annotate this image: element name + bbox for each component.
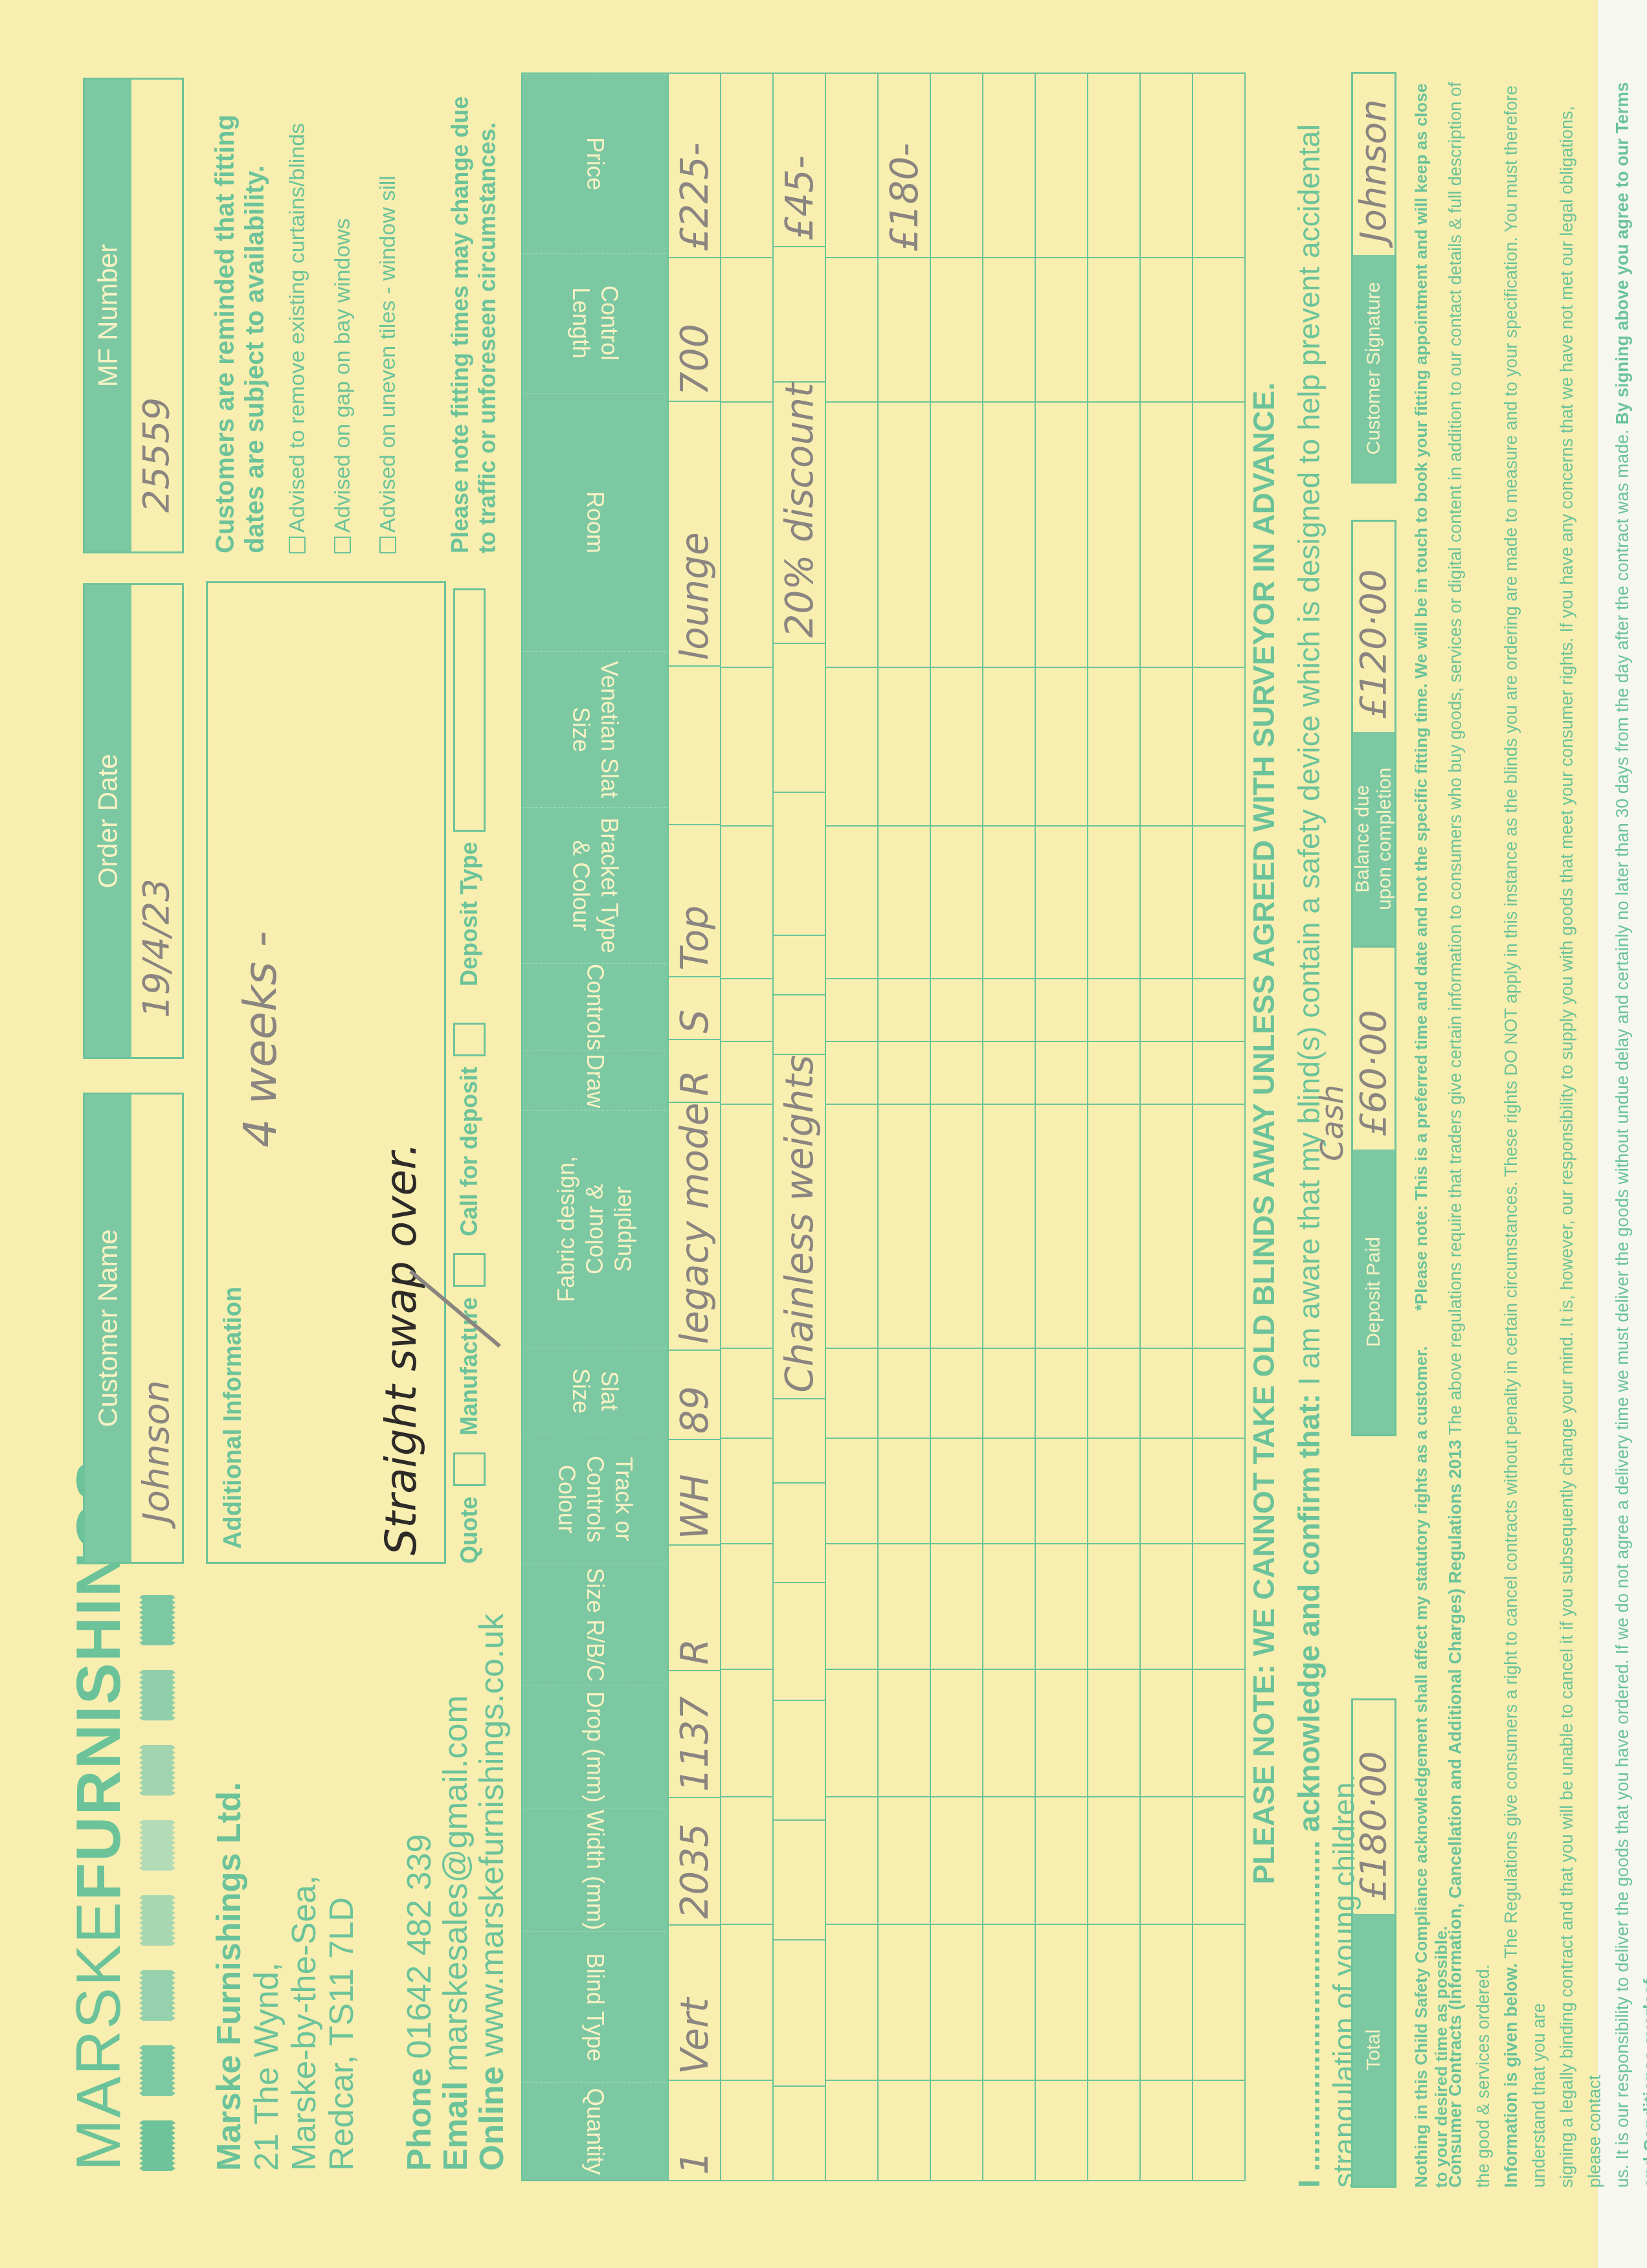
cell-size[interactable] — [721, 1543, 772, 1669]
cell-fabric[interactable] — [721, 1104, 772, 1348]
col-blind-type: Blind Type — [522, 1931, 667, 2083]
cell-venetian-slat[interactable] — [1141, 667, 1192, 825]
cell-price[interactable]: £225- — [669, 72, 720, 257]
cell-width[interactable] — [721, 1796, 772, 1924]
cell-size[interactable] — [1141, 1543, 1192, 1669]
cell-bracket[interactable] — [774, 792, 825, 935]
order-date-value[interactable]: 19/4/23 — [131, 585, 182, 1057]
cell-venetian-slat[interactable] — [774, 643, 825, 792]
cell-price[interactable] — [1036, 72, 1087, 257]
cell-size[interactable]: R — [669, 1544, 720, 1670]
cell-slat-size[interactable] — [1141, 1348, 1192, 1438]
advised-2-label: Advised on gap on bay windows — [330, 218, 355, 533]
cell-blind-type[interactable] — [879, 1924, 930, 2080]
cell-price[interactable] — [826, 72, 877, 257]
cell-width[interactable] — [1193, 1796, 1244, 1924]
cell-controls[interactable] — [983, 978, 1035, 1041]
cell-quantity[interactable] — [983, 2080, 1035, 2181]
swatch-icon — [139, 1895, 175, 1946]
cell-price[interactable] — [1193, 72, 1244, 257]
child-safety-note: Nothing in this Child Safety Compliance … — [1411, 1346, 1431, 2188]
cell-control-length[interactable] — [774, 246, 825, 381]
old-blinds-notice: PLEASE NOTE: WE CANNOT TAKE OLD BLINDS A… — [1246, 79, 1281, 2188]
cell-slat-size[interactable] — [983, 1348, 1035, 1438]
legal-line-2: The Regulations give consumers a right t… — [1501, 85, 1549, 2188]
swatch-icon — [139, 2120, 175, 2171]
col-room: Room — [522, 393, 667, 651]
cell-size[interactable] — [879, 1543, 930, 1669]
cell-controls[interactable] — [721, 978, 772, 1041]
cell-blind-type[interactable] — [931, 1924, 982, 2080]
cell-room[interactable]: lounge — [669, 401, 720, 665]
cell-price[interactable]: £45- — [774, 72, 825, 246]
cell-controls[interactable] — [879, 978, 930, 1041]
table-row — [983, 72, 1036, 2181]
online-row: Online www.marskefurnishings.co.uk — [474, 1614, 510, 2171]
advised-2-checkbox[interactable] — [334, 537, 351, 553]
cell-blind-type[interactable]: Vert — [669, 1924, 720, 2080]
balance-due-field[interactable]: Balance due upon completion £120·00 — [1351, 520, 1396, 948]
cell-width[interactable] — [879, 1796, 930, 1924]
phone-label: Phone — [401, 2068, 438, 2171]
balance-due-value[interactable]: £120·00 — [1353, 522, 1395, 732]
deposit-paid-value[interactable]: £60·00 — [1353, 942, 1395, 1150]
customer-name-label: Customer Name — [85, 1095, 131, 1562]
advised-item-3: Advised on uneven tiles - window sill — [375, 175, 401, 553]
col-width: Width (mm) — [522, 1808, 667, 1931]
legal-text: Consumer Contracts (Information, Cancell… — [1442, 71, 1647, 2188]
cell-control-length[interactable] — [931, 257, 982, 401]
cell-controls[interactable] — [1088, 978, 1139, 1041]
advised-1-label: Advised to remove existing curtains/blin… — [285, 123, 309, 533]
advised-1-checkbox[interactable] — [289, 537, 306, 553]
col-drop: Drop (mm) — [522, 1685, 667, 1808]
cell-fabric[interactable] — [931, 1104, 982, 1348]
cell-drop[interactable] — [721, 1669, 772, 1796]
cell-control-length[interactable] — [1141, 257, 1192, 401]
cell-bracket[interactable] — [983, 825, 1035, 978]
cell-drop[interactable] — [879, 1669, 930, 1796]
col-slat-size: Slat Size — [522, 1348, 667, 1434]
cell-drop[interactable] — [931, 1669, 982, 1796]
cell-price[interactable] — [721, 72, 772, 257]
legal-line-4: us. It is our responsibility to deliver … — [1613, 429, 1632, 2188]
cell-blind-type[interactable] — [774, 1939, 825, 2085]
quote-label: Quote — [456, 1496, 483, 1564]
ack-prefix: I ......................................… — [1292, 1394, 1326, 2188]
company-address: Marske Furnishings Ltd. 21 The Wynd, Mar… — [210, 1782, 361, 2171]
additional-info-note-2[interactable]: Straight swap over. — [376, 1142, 426, 1555]
cell-slat-size[interactable] — [826, 1348, 877, 1438]
cell-venetian-slat[interactable] — [931, 667, 982, 825]
cell-draw[interactable] — [1141, 1041, 1192, 1104]
company-contact: Phone 01642 482 339 Email marskesales@gm… — [401, 1614, 510, 2171]
cell-draw[interactable] — [931, 1041, 982, 1104]
cell-venetian-slat[interactable] — [721, 667, 772, 825]
table-row: £180- — [879, 72, 931, 2181]
mf-number-field[interactable]: MF Number 25559 — [83, 78, 184, 553]
cell-controls[interactable] — [1141, 978, 1192, 1041]
fabric-swatches — [139, 1595, 175, 2171]
cell-room[interactable] — [826, 401, 877, 667]
cell-drop[interactable] — [1036, 1669, 1087, 1796]
cell-controls[interactable] — [1193, 978, 1244, 1041]
quote-checkbox[interactable] — [453, 1452, 486, 1486]
additional-info-note-1[interactable]: 4 weeks - — [234, 931, 287, 1148]
cell-draw[interactable] — [826, 1041, 877, 1104]
cell-blind-type[interactable] — [826, 1924, 877, 2080]
fitting-reminder: Customers are reminded that fitting date… — [210, 87, 270, 553]
call-for-deposit-checkbox[interactable] — [453, 1023, 486, 1056]
cell-controls[interactable]: S — [669, 976, 720, 1039]
cell-room[interactable]: 20% discount — [774, 381, 825, 643]
col-draw: Draw — [522, 1051, 667, 1111]
table-row — [1193, 72, 1246, 2181]
table-row — [721, 72, 774, 2181]
swatch-icon — [139, 2045, 175, 2096]
cell-track-colour[interactable] — [774, 1482, 825, 1582]
cell-draw[interactable] — [983, 1041, 1035, 1104]
table-row — [931, 72, 983, 2181]
cell-slat-size[interactable] — [931, 1348, 982, 1438]
cell-width[interactable] — [983, 1796, 1035, 1924]
cell-bracket[interactable] — [721, 825, 772, 978]
phone-row: Phone 01642 482 339 — [401, 1614, 438, 2171]
email-link[interactable]: marskesales@gmail.com — [437, 1695, 475, 2072]
logo-light-text: MARSKE — [64, 1901, 133, 2171]
cell-blind-type[interactable] — [1088, 1924, 1139, 2080]
email-row: Email marskesales@gmail.com — [438, 1614, 474, 2171]
cell-quantity[interactable] — [931, 2080, 982, 2181]
cell-controls[interactable] — [774, 935, 825, 995]
cell-control-length[interactable] — [1193, 257, 1244, 401]
cell-fabric[interactable]: Chainless weights — [774, 1054, 825, 1398]
cell-track-colour[interactable] — [879, 1438, 930, 1544]
cell-slat-size[interactable]: 89 — [669, 1350, 720, 1439]
cell-venetian-slat[interactable] — [1036, 667, 1087, 825]
additional-info-box[interactable]: Additional Information 4 weeks - Straigh… — [206, 581, 446, 1564]
swatch-icon — [139, 1745, 175, 1795]
cell-draw[interactable]: R — [669, 1039, 720, 1102]
total-value[interactable]: £180·00 — [1353, 1700, 1395, 1914]
cell-slat-size[interactable] — [1193, 1348, 1244, 1438]
cell-room[interactable] — [983, 401, 1035, 667]
website-link[interactable]: www.marskefurnishings.co.uk — [473, 1614, 511, 2057]
cell-quantity[interactable] — [1036, 2080, 1087, 2181]
order-table: Quantity Blind Type Width (mm) Drop (mm)… — [521, 72, 1246, 2181]
cell-bracket[interactable] — [1088, 825, 1139, 978]
cell-blind-type[interactable] — [983, 1924, 1035, 2080]
cell-size[interactable] — [931, 1543, 982, 1669]
cell-fabric[interactable] — [1193, 1104, 1244, 1348]
cell-track-colour[interactable]: WH — [669, 1439, 720, 1544]
cell-width[interactable] — [774, 1819, 825, 1939]
cell-drop[interactable] — [1088, 1669, 1139, 1796]
cell-fabric[interactable] — [1088, 1104, 1139, 1348]
cell-bracket[interactable] — [1141, 825, 1192, 978]
col-track-colour: Track or Controls Colour — [522, 1434, 667, 1564]
cell-blind-type[interactable] — [721, 1924, 772, 2080]
cell-control-length[interactable] — [1088, 257, 1139, 401]
fitting-times-note: Please note fitting times may change due… — [447, 87, 501, 553]
cell-fabric[interactable]: legacy mode — [669, 1102, 720, 1350]
cell-price[interactable] — [1088, 72, 1139, 257]
cell-drop[interactable] — [826, 1669, 877, 1796]
cell-drop[interactable] — [1193, 1669, 1244, 1796]
customer-signature-field[interactable]: Customer Signature Johnson — [1351, 72, 1396, 484]
cell-bracket[interactable] — [879, 825, 930, 978]
manufacture-checkbox[interactable] — [453, 1253, 486, 1287]
cell-venetian-slat[interactable] — [879, 667, 930, 825]
cell-size[interactable] — [774, 1582, 825, 1700]
cell-bracket[interactable]: Top — [669, 824, 720, 976]
customer-name-value[interactable]: Johnson — [131, 1095, 182, 1562]
cell-room[interactable] — [879, 401, 930, 667]
call-for-deposit-label: Call for deposit — [456, 1067, 483, 1236]
cell-quantity[interactable]: 1 — [669, 2080, 720, 2181]
order-date-label: Order Date — [85, 585, 131, 1057]
deposit-type-label: Deposit Type — [456, 842, 483, 986]
cell-quantity[interactable] — [774, 2085, 825, 2181]
cell-width[interactable] — [1088, 1796, 1139, 1924]
swatch-icon — [139, 1820, 175, 1871]
cell-price[interactable] — [983, 72, 1035, 257]
deposit-method: Cash — [1314, 1085, 1350, 1161]
cell-room[interactable] — [1088, 401, 1139, 667]
col-control-length: Control Length — [522, 253, 667, 393]
cell-control-length[interactable]: 700 — [669, 257, 720, 401]
cell-width[interactable] — [826, 1796, 877, 1924]
cell-width[interactable] — [1141, 1796, 1192, 1924]
advised-3-checkbox[interactable] — [379, 537, 396, 553]
legal-bold-2: Information is given below. — [1501, 1963, 1521, 2188]
deposit-paid-label: Deposit Paid — [1353, 1150, 1395, 1434]
cell-quantity[interactable] — [1193, 2080, 1244, 2181]
cell-width[interactable] — [1036, 1796, 1087, 1924]
col-controls: Controls — [522, 963, 667, 1051]
cell-draw[interactable] — [774, 994, 825, 1054]
cell-draw[interactable] — [1088, 1041, 1139, 1104]
cell-fabric[interactable] — [826, 1104, 877, 1348]
cell-track-colour[interactable] — [983, 1438, 1035, 1544]
cell-room[interactable] — [1193, 401, 1244, 667]
cell-room[interactable] — [931, 401, 982, 667]
cell-slat-size[interactable] — [774, 1398, 825, 1482]
cell-drop[interactable]: 1137 — [669, 1670, 720, 1797]
balance-due-label: Balance due upon completion — [1353, 732, 1395, 946]
cell-drop[interactable] — [983, 1669, 1035, 1796]
cell-control-length[interactable] — [879, 257, 930, 401]
cell-control-length[interactable] — [826, 257, 877, 401]
cell-track-colour[interactable] — [931, 1438, 982, 1544]
cell-venetian-slat[interactable] — [1193, 667, 1244, 825]
swatch-icon — [139, 1670, 175, 1720]
cell-room[interactable] — [1036, 401, 1087, 667]
mf-number-value[interactable]: 25559 — [131, 80, 182, 551]
col-fabric: Fabric design, Colour & Supplier — [522, 1110, 667, 1347]
cell-fabric[interactable] — [879, 1104, 930, 1348]
cell-bracket[interactable] — [826, 825, 877, 978]
cell-width[interactable] — [931, 1796, 982, 1924]
cell-drop[interactable] — [774, 1700, 825, 1819]
cell-width[interactable]: 2035 — [669, 1797, 720, 1924]
cell-drop[interactable] — [1141, 1669, 1192, 1796]
table-header: Quantity Blind Type Width (mm) Drop (mm)… — [521, 72, 669, 2181]
cell-controls[interactable] — [826, 978, 877, 1041]
cell-track-colour[interactable] — [1088, 1438, 1139, 1544]
total-field[interactable]: Total £180·00 — [1351, 1698, 1396, 2188]
cell-slat-size[interactable] — [721, 1348, 772, 1438]
online-label: Online — [473, 2066, 511, 2171]
cell-size[interactable] — [1036, 1543, 1087, 1669]
cell-quantity[interactable] — [879, 2080, 930, 2181]
address-line-3: Redcar, TS11 7LD — [323, 1782, 361, 2171]
col-price: Price — [522, 74, 667, 253]
cell-price[interactable]: £180- — [879, 72, 930, 257]
cell-venetian-slat[interactable] — [1088, 667, 1139, 825]
table-row — [1141, 72, 1193, 2181]
col-size: Size R/B/C — [522, 1564, 667, 1685]
cell-quantity[interactable] — [1088, 2080, 1139, 2181]
table-body: 1Vert20351137RWH89legacy modeRSToplounge… — [669, 72, 1246, 2181]
cell-bracket[interactable] — [1193, 825, 1244, 978]
customer-signature-value[interactable]: Johnson — [1353, 74, 1395, 255]
table-row — [826, 72, 879, 2181]
customer-signature-label: Customer Signature — [1353, 255, 1395, 482]
deposit-paid-field[interactable]: Deposit Paid £60·00 — [1351, 940, 1396, 1436]
cell-slat-size[interactable] — [879, 1348, 930, 1438]
company-name: Marske Furnishings Ltd. — [210, 1782, 248, 2171]
scanned-page: MARSKEFURNISHINGS Marske Furnishings Ltd… — [0, 0, 1647, 2268]
cell-room[interactable] — [1141, 401, 1192, 667]
cell-venetian-slat[interactable] — [983, 667, 1035, 825]
deposit-type-input[interactable] — [453, 588, 486, 832]
cell-slat-size[interactable] — [1088, 1348, 1139, 1438]
cell-controls[interactable] — [931, 978, 982, 1041]
cell-blind-type[interactable] — [1193, 1924, 1244, 2080]
cell-size[interactable] — [983, 1543, 1035, 1669]
advised-3-label: Advised on uneven tiles - window sill — [375, 175, 400, 533]
phone-value: 01642 482 339 — [401, 1834, 438, 2059]
address-line-2: Marske-by-the-Sea, — [286, 1782, 323, 2171]
mf-number-label: MF Number — [85, 80, 131, 551]
cell-track-colour[interactable] — [721, 1438, 772, 1544]
cell-controls[interactable] — [1036, 978, 1087, 1041]
cell-venetian-slat[interactable] — [669, 665, 720, 824]
order-date-field[interactable]: Order Date 19/4/23 — [83, 583, 184, 1059]
cell-fabric[interactable] — [983, 1104, 1035, 1348]
cell-bracket[interactable] — [931, 825, 982, 978]
cell-draw[interactable] — [721, 1041, 772, 1104]
spiral-swatch-icon — [139, 1595, 175, 1645]
cell-track-colour[interactable] — [1036, 1438, 1087, 1544]
cell-track-colour[interactable] — [826, 1438, 877, 1544]
cell-bracket[interactable] — [1036, 825, 1087, 978]
swatch-icon — [139, 1970, 175, 2021]
order-options: Quote Manufacture Call for deposit Depos… — [453, 588, 486, 1564]
cell-track-colour[interactable] — [1193, 1438, 1244, 1544]
cell-draw[interactable] — [879, 1041, 930, 1104]
cell-price[interactable] — [1141, 72, 1192, 257]
cell-fabric[interactable] — [1141, 1104, 1192, 1348]
cell-price[interactable] — [931, 72, 982, 257]
table-row: 1Vert20351137RWH89legacy modeRSToplounge… — [669, 72, 721, 2181]
advised-item-1: Advised to remove existing curtains/blin… — [285, 123, 310, 553]
cell-fabric[interactable] — [1036, 1104, 1087, 1348]
email-label: Email — [437, 2081, 475, 2171]
cell-venetian-slat[interactable] — [826, 667, 877, 825]
cell-size[interactable] — [826, 1543, 877, 1669]
address-line-1: 21 The Wynd, — [248, 1782, 286, 2171]
cell-control-length[interactable] — [721, 257, 772, 401]
legal-heading: Consumer Contracts (Information, Cancell… — [1446, 1440, 1465, 2188]
additional-info-title: Additional Information — [219, 1287, 247, 1549]
advised-item-2: Advised on gap on bay windows — [330, 218, 355, 553]
table-row — [1088, 72, 1141, 2181]
cell-control-length[interactable] — [1036, 257, 1087, 401]
cell-quantity[interactable] — [826, 2080, 877, 2181]
cell-blind-type[interactable] — [1141, 1924, 1192, 2080]
cell-draw[interactable] — [1036, 1041, 1087, 1104]
cell-track-colour[interactable] — [1141, 1438, 1192, 1544]
order-form: MARSKEFURNISHINGS Marske Furnishings Ltd… — [0, 0, 1598, 2268]
table-row — [1036, 72, 1088, 2181]
col-venetian-slat: Venetian Slat Size — [522, 651, 667, 807]
cell-size[interactable] — [1088, 1543, 1139, 1669]
table-row: Chainless weights20% discount£45- — [774, 72, 826, 2181]
cell-size[interactable] — [1193, 1543, 1244, 1669]
cell-blind-type[interactable] — [1036, 1924, 1087, 2080]
customer-name-field[interactable]: Customer Name Johnson — [83, 1093, 184, 1564]
col-quantity: Quantity — [522, 2082, 667, 2180]
col-bracket: Bracket Type & Colour — [522, 807, 667, 963]
total-label: Total — [1353, 1914, 1395, 2186]
cell-slat-size[interactable] — [1036, 1348, 1087, 1438]
cell-quantity[interactable] — [1141, 2080, 1192, 2181]
cell-draw[interactable] — [1193, 1041, 1244, 1104]
cell-quantity[interactable] — [721, 2080, 772, 2181]
cell-control-length[interactable] — [983, 257, 1035, 401]
brand-logo: MARSKEFURNISHINGS — [68, 1458, 130, 2171]
legal-line-3: signing a legally binding contract and t… — [1553, 71, 1609, 2188]
cell-room[interactable] — [721, 401, 772, 667]
